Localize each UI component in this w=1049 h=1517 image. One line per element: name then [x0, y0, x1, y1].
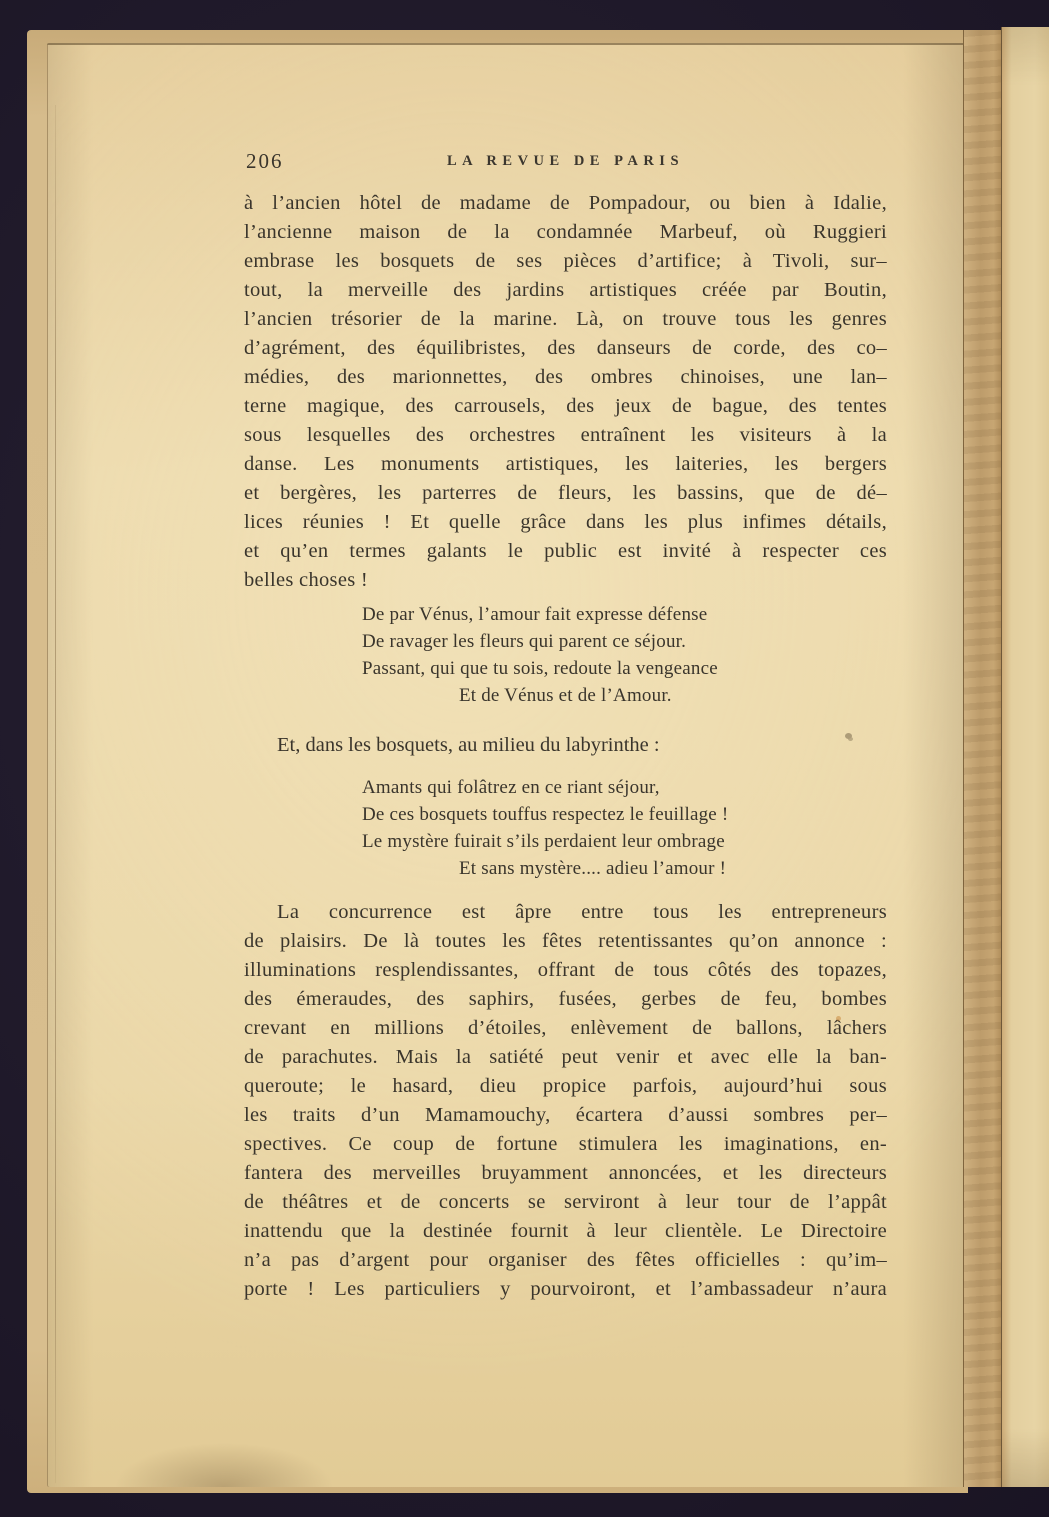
paper-speck — [845, 733, 852, 739]
page-content: 206 LA REVUE DE PARIS à l’ancien hôtel d… — [244, 148, 887, 1304]
text-line: spectives. Ce coup de fortune stimulera … — [244, 1130, 887, 1159]
text-line: et bergères, les parterres de fleurs, le… — [244, 479, 887, 508]
journal-title: LA REVUE DE PARIS — [244, 153, 887, 170]
text-line: danse. Les monuments artistiques, les la… — [244, 450, 887, 479]
transition-text: Et, dans les bosquets, au milieu du laby… — [277, 734, 660, 756]
scanned-book-photo: 206 LA REVUE DE PARIS à l’ancien hôtel d… — [0, 0, 1049, 1517]
book-page: 206 LA REVUE DE PARIS à l’ancien hôtel d… — [47, 43, 967, 1487]
adjacent-page-edge — [1001, 27, 1049, 1487]
text-line: belles choses ! — [244, 566, 887, 595]
verse-line: De par Vénus, l’amour fait expresse défe… — [244, 601, 887, 628]
text-line: crevant en millions d’étoiles, enlèvemen… — [244, 1014, 887, 1043]
verse-line: De ravager les fleurs qui parent ce séjo… — [244, 628, 887, 655]
text-line: d’agrément, des équilibristes, des danse… — [244, 334, 887, 363]
paragraph-1: à l’ancien hôtel de madame de Pompadour,… — [244, 189, 887, 595]
verse-1: De par Vénus, l’amour fait expresse défe… — [244, 601, 887, 709]
verse-line: Passant, qui que tu sois, redoute la ven… — [244, 655, 887, 682]
text-line: inattendu que la destinée fournit à leur… — [244, 1217, 887, 1246]
text-line: de théâtres et de concerts se serviront … — [244, 1188, 887, 1217]
text-line: médies, des marionnettes, des ombres chi… — [244, 363, 887, 392]
text-line: de plaisirs. De là toutes les fêtes rete… — [244, 927, 887, 956]
transition-paragraph: Et, dans les bosquets, au milieu du laby… — [244, 731, 887, 760]
text-line: des émeraudes, des saphirs, fusées, gerb… — [244, 985, 887, 1014]
text-line: illuminations resplendissantes, offrant … — [244, 956, 887, 985]
text-line: n’a pas d’argent pour organiser des fête… — [244, 1246, 887, 1275]
page-gutter-fold — [963, 30, 1001, 1487]
text-line: tout, la merveille des jardins artistiqu… — [244, 276, 887, 305]
text-line: à l’ancien hôtel de madame de Pompadour,… — [244, 189, 887, 218]
text-line: fantera des merveilles bruyamment annonc… — [244, 1159, 887, 1188]
text-line: et qu’en termes galants le public est in… — [244, 537, 887, 566]
paper-speck — [836, 1016, 841, 1021]
verse-line: Le mystère fuirait s’ils perdaient leur … — [244, 828, 887, 855]
text-line: queroute; le hasard, dieu propice parfoi… — [244, 1072, 887, 1101]
under-page-edge-line — [55, 105, 56, 1483]
verse-line: De ces bosquets touffus respectez le feu… — [244, 801, 887, 828]
text-line: terne magique, des carrousels, des jeux … — [244, 392, 887, 421]
page-corner-shadow — [107, 1417, 367, 1487]
verse-line: Amants qui folâtrez en ce riant séjour, — [244, 774, 887, 801]
text-line: les traits d’un Mamamouchy, écartera d’a… — [244, 1101, 887, 1130]
text-line: l’ancien trésorier de la marine. Là, on … — [244, 305, 887, 334]
verse-line: Et sans mystère.... adieu l’amour ! — [244, 855, 887, 882]
text-line: embrase les bosquets de ses pièces d’art… — [244, 247, 887, 276]
text-line: La concurrence est âpre entre tous les e… — [244, 898, 887, 927]
text-line: sous lesquelles des orchestres entraînen… — [244, 421, 887, 450]
text-line: lices réunies ! Et quelle grâce dans les… — [244, 508, 887, 537]
verse-line: Et de Vénus et de l’Amour. — [244, 682, 887, 709]
text-line: l’ancienne maison de la condamnée Marbeu… — [244, 218, 887, 247]
paragraph-2: La concurrence est âpre entre tous les e… — [244, 898, 887, 1304]
text-line: de parachutes. Mais la satiété peut veni… — [244, 1043, 887, 1072]
verse-2: Amants qui folâtrez en ce riant séjour,D… — [244, 774, 887, 882]
running-head: 206 LA REVUE DE PARIS — [244, 148, 887, 176]
text-line: porte ! Les particuliers y pourvoiront, … — [244, 1275, 887, 1304]
